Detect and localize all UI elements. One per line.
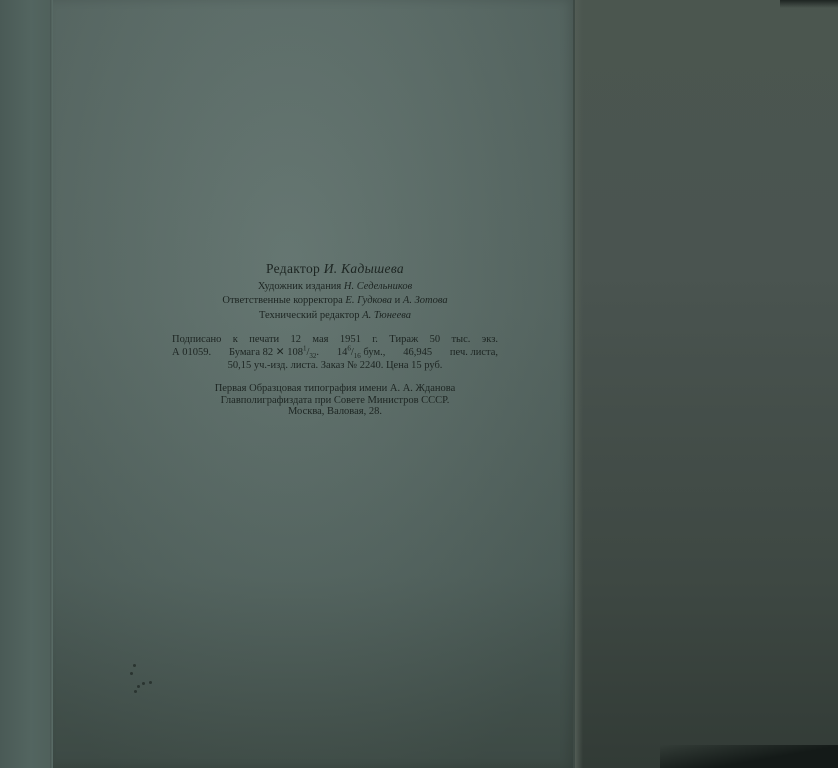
paper-width: 82 bbox=[263, 347, 274, 358]
fraction-numerator: 1 bbox=[303, 345, 307, 353]
times-sign: ✕ bbox=[276, 347, 285, 358]
credit-name: Е. Гудкова bbox=[345, 295, 392, 306]
printer-info: Первая Образцовая типография имени А. А.… bbox=[170, 383, 500, 418]
word: печати bbox=[249, 333, 279, 346]
word: к bbox=[233, 333, 238, 346]
editor-name: И. Кадышева bbox=[324, 261, 404, 276]
word: г. bbox=[372, 333, 378, 346]
top-shadow bbox=[780, 0, 838, 8]
credit-label: Технический редактор bbox=[259, 310, 360, 321]
previous-leaf-edge bbox=[0, 0, 52, 768]
print-info-line-2: А 01059. Бумага 82 ✕ 1081/32. 146/16 бум… bbox=[172, 346, 498, 359]
print-info-line-1: Подписано к печати 12 мая 1951 г. Тираж … bbox=[172, 333, 498, 346]
printer-line-2: Главполиграфиздата при Совете Министров … bbox=[170, 395, 500, 407]
book-photo: Редактор И. Кадышева Художник издания Н.… bbox=[0, 0, 838, 768]
credit-name: Н. Седельников bbox=[344, 281, 412, 292]
printed-sheets: 46,945 bbox=[403, 346, 432, 359]
printer-line-1: Первая Образцовая типография имени А. А.… bbox=[170, 383, 500, 395]
order-code: А 01059. bbox=[172, 346, 211, 359]
printer-line-3: Москва, Валовая, 28. bbox=[170, 406, 500, 418]
paper-sheets: 146/16 бум., bbox=[337, 346, 386, 359]
credit-proofreaders: Ответственные корректора Е. Гудкова и А.… bbox=[170, 296, 500, 307]
credit-artist: Художник издания Н. Седельников bbox=[170, 282, 500, 293]
imprint-text-block: Редактор И. Кадышева Художник издания Н.… bbox=[170, 262, 500, 418]
word: экз. bbox=[482, 333, 498, 346]
print-info-line-3: 50,15 уч.-изд. листа. Заказ № 2240. Цена… bbox=[172, 359, 498, 372]
word: 50 bbox=[430, 333, 441, 346]
print-info: Подписано к печати 12 мая 1951 г. Тираж … bbox=[170, 333, 500, 372]
fraction-numerator: 6 bbox=[347, 345, 351, 353]
word: 12 bbox=[291, 333, 302, 346]
printed-sheets-unit: печ. листа, bbox=[450, 346, 498, 359]
paper-height: 108 bbox=[287, 347, 303, 358]
credit-label: Художник издания bbox=[258, 281, 341, 292]
word: Тираж bbox=[389, 333, 418, 346]
credit-name: А. Тюнеева bbox=[362, 310, 411, 321]
editor-line: Редактор И. Кадышева bbox=[170, 262, 500, 276]
credit-conjunction: и bbox=[395, 295, 401, 306]
credit-label: Ответственные корректора bbox=[222, 295, 342, 306]
word: тыс. bbox=[451, 333, 470, 346]
editor-label: Редактор bbox=[266, 261, 320, 276]
credit-name-2: А. Зотова bbox=[403, 295, 448, 306]
bottom-shadow bbox=[660, 745, 838, 768]
ink-specks bbox=[125, 660, 155, 700]
credit-tech-editor: Технический редактор А. Тюнеева bbox=[170, 311, 500, 322]
paper-format: Бумага 82 ✕ 1081/32. bbox=[229, 346, 319, 359]
book-block-edge bbox=[575, 0, 838, 768]
word: мая bbox=[312, 333, 328, 346]
word: Подписано bbox=[172, 333, 221, 346]
sheets-unit: бум., bbox=[363, 347, 385, 358]
paper-label: Бумага bbox=[229, 347, 260, 358]
sheets-whole: 14 bbox=[337, 347, 348, 358]
